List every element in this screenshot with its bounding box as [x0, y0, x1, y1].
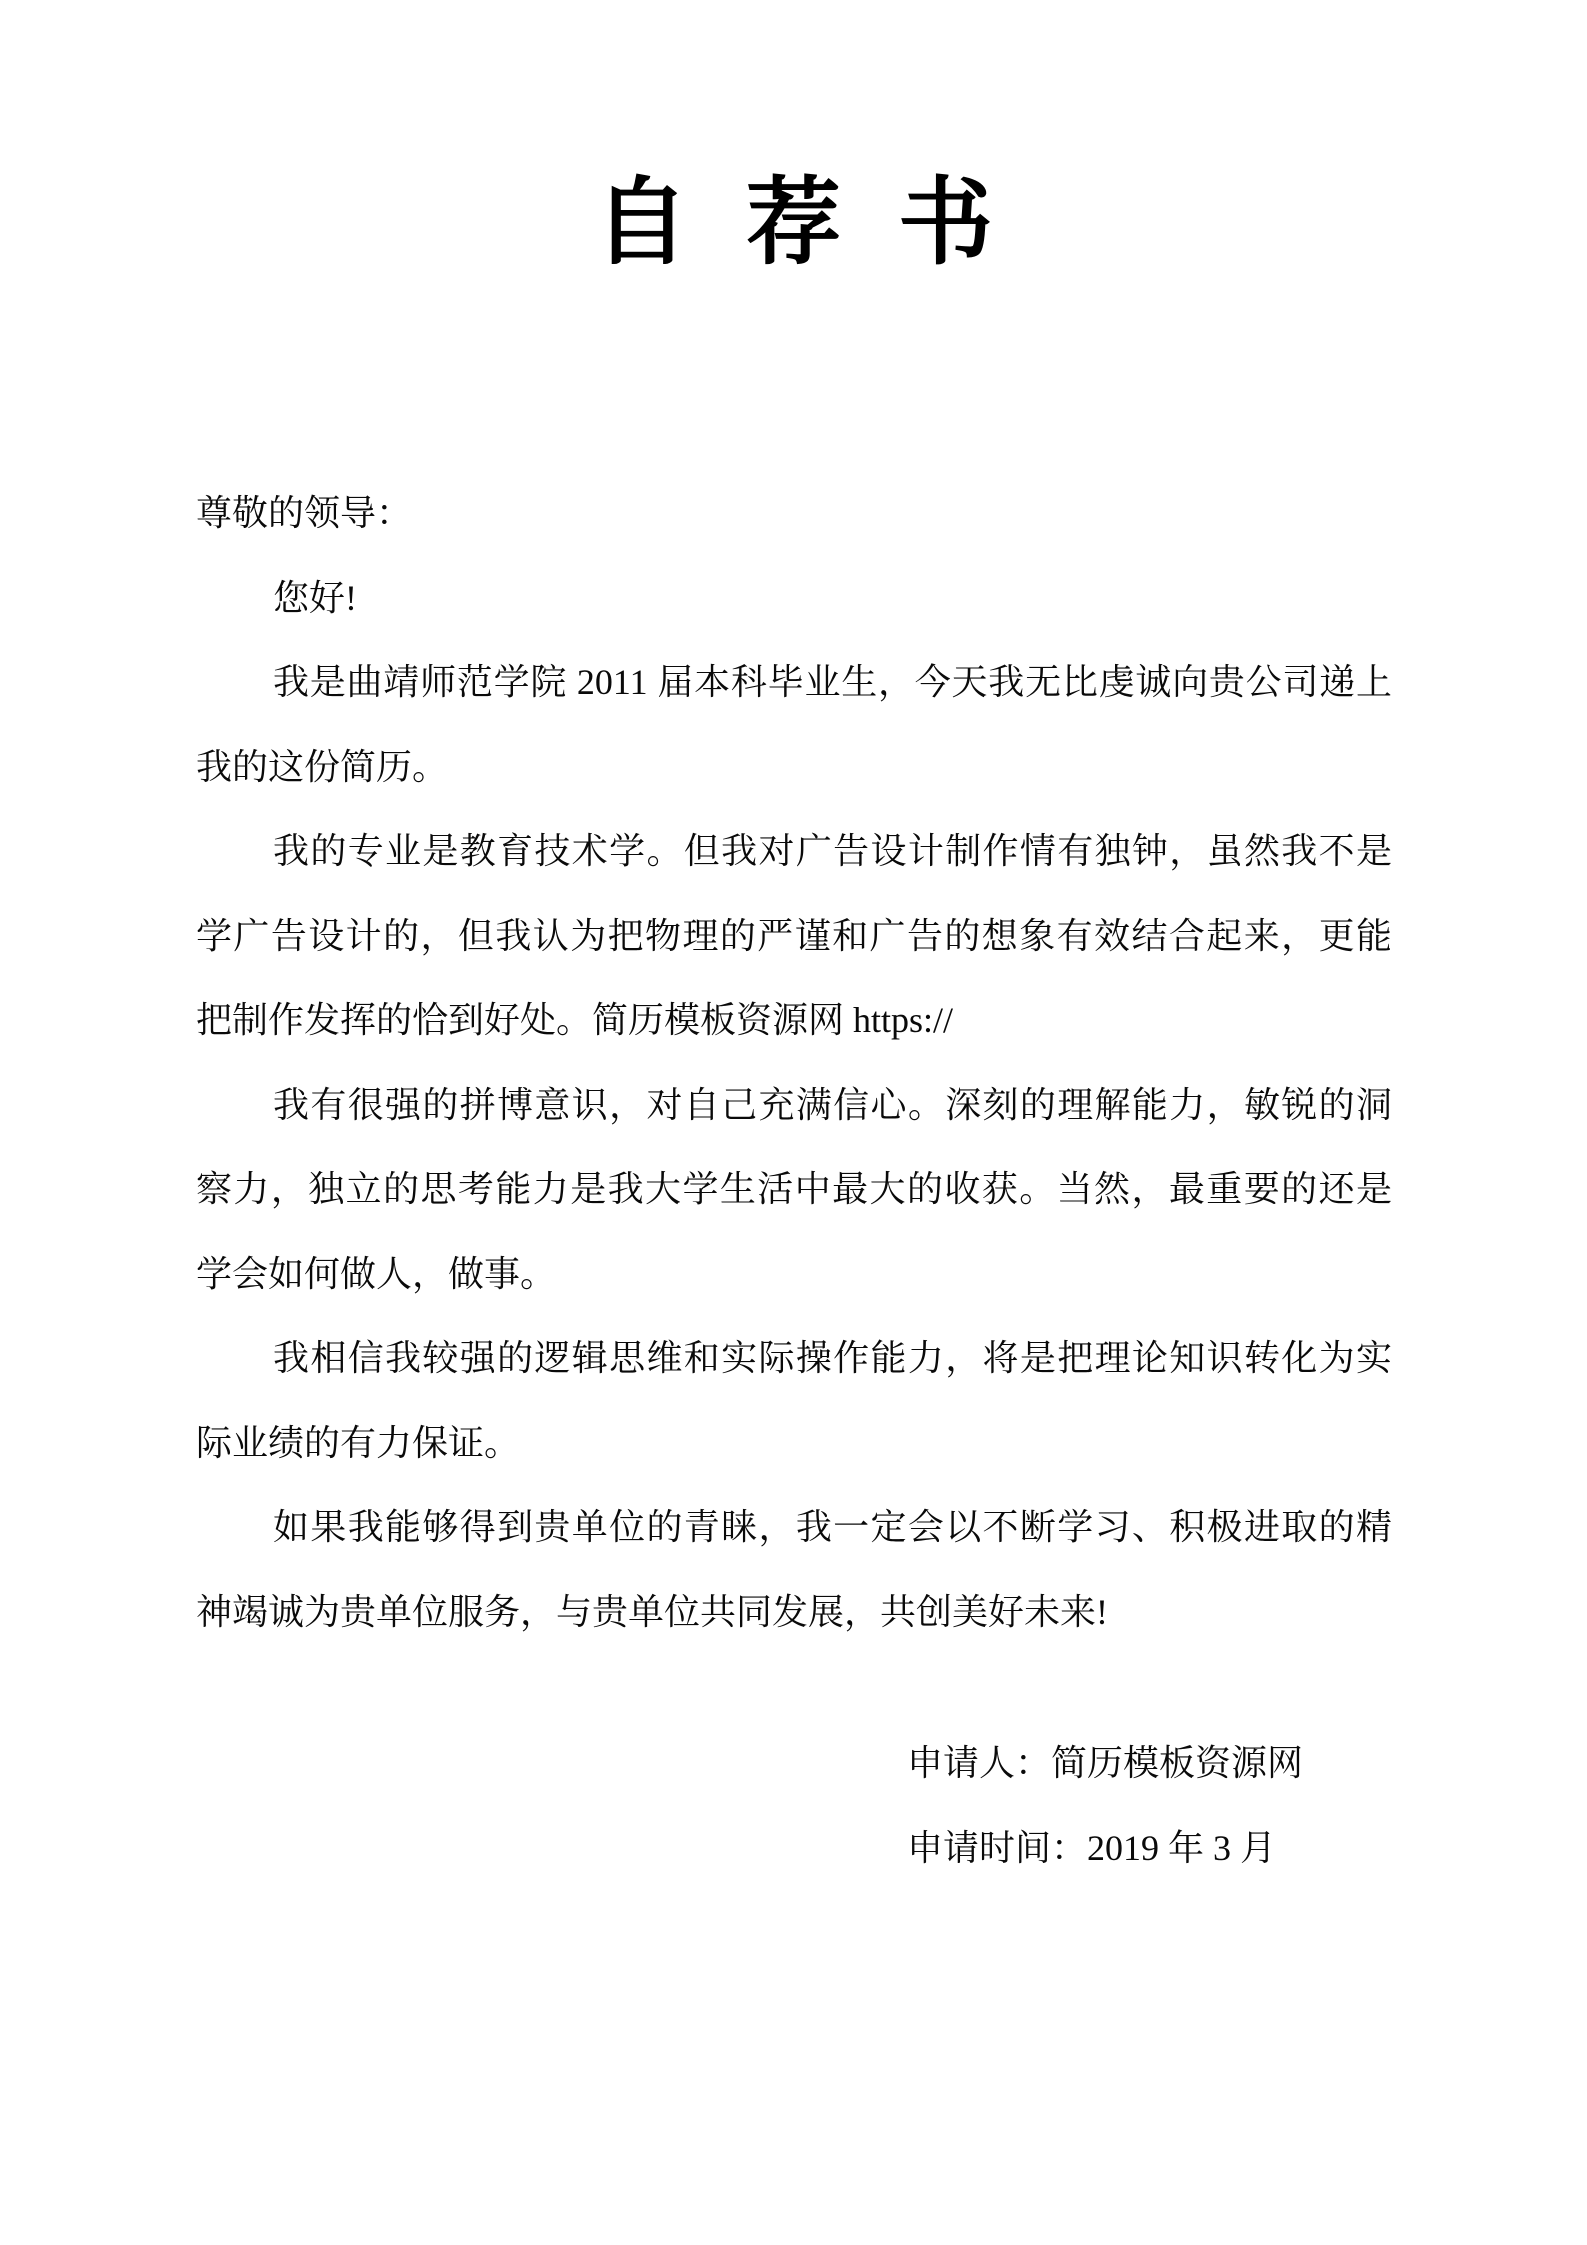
body-line: 您好! — [196, 556, 1392, 641]
body-line: 我有很强的拼博意识，对自己充满信心。深刻的理解能力，敏锐的洞 — [196, 1063, 1392, 1148]
document-title: 自荐书 — [0, 158, 1587, 288]
body-line: 把制作发挥的恰到好处。简历模板资源网 https:// — [196, 978, 1392, 1063]
body-line: 我的这份简历。 — [196, 725, 1392, 810]
body-lines: 尊敬的领导：您好!我是曲靖师范学院 2011 届本科毕业生，今天我无比虔诚向贵公… — [196, 471, 1392, 1654]
signature-date: 申请时间：2019 年 3 月 — [907, 1806, 1303, 1891]
body-line: 我的专业是教育技术学。但我对广告设计制作情有独钟，虽然我不是 — [196, 809, 1392, 894]
body-line: 尊敬的领导： — [196, 471, 1392, 556]
body-line: 我相信我较强的逻辑思维和实际操作能力，将是把理论知识转化为实 — [196, 1316, 1392, 1401]
body-line: 际业绩的有力保证。 — [196, 1401, 1392, 1486]
body-line: 神竭诚为贵单位服务，与贵单位共同发展，共创美好未来! — [196, 1570, 1392, 1655]
body-line: 如果我能够得到贵单位的青睐，我一定会以不断学习、积极进取的精 — [196, 1485, 1392, 1570]
body-line: 学广告设计的，但我认为把物理的严谨和广告的想象有效结合起来，更能 — [196, 894, 1392, 979]
letter-page: 自荐书 尊敬的领导：您好!我是曲靖师范学院 2011 届本科毕业生，今天我无比虔… — [0, 0, 1587, 2245]
signature-applicant: 申请人：简历模板资源网 — [907, 1721, 1303, 1806]
body-line: 察力，独立的思考能力是我大学生活中最大的收获。当然，最重要的还是 — [196, 1147, 1392, 1232]
body-line: 我是曲靖师范学院 2011 届本科毕业生，今天我无比虔诚向贵公司递上 — [196, 640, 1392, 725]
body-line: 学会如何做人，做事。 — [196, 1232, 1392, 1317]
signature-block: 申请人：简历模板资源网 申请时间：2019 年 3 月 — [907, 1721, 1303, 1890]
